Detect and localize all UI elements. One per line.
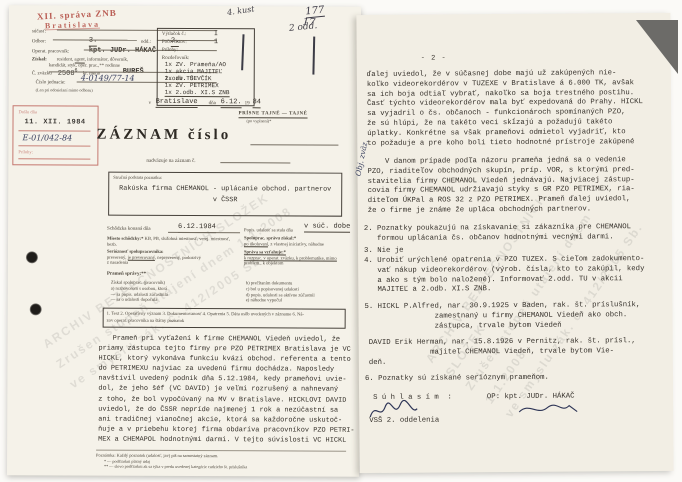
zvazok-value: 25086 bbox=[58, 66, 78, 78]
fraction-numerator: 177 bbox=[305, 5, 325, 19]
title-rule bbox=[250, 144, 338, 145]
operative-label: Operat. pracovník: bbox=[32, 49, 70, 55]
sheet-count-value: 1 bbox=[214, 38, 218, 47]
handwritten-page-fraction: 177 17 bbox=[304, 5, 325, 29]
footnote-line3: ** — slovo podčiarkni ak sa týka v predu… bbox=[104, 464, 247, 471]
ziskal-option: resident, bbox=[57, 57, 75, 62]
source-label: Prameň správy:** bbox=[107, 272, 146, 278]
incoming-stamp-box: Došlo dňa 11. XII. 1984 E-01/042-84 Príl… bbox=[12, 105, 98, 165]
page-subtitle: nadväzuje na záznam č. bbox=[146, 158, 195, 164]
incoming-stamp-number: E-01/042-84 bbox=[22, 133, 72, 142]
handwritten-top-note: 4. kust bbox=[227, 4, 255, 17]
date-value: 6.12. bbox=[221, 98, 242, 108]
report-obtained-selected: po úkolovaní bbox=[244, 241, 268, 247]
classification-note: (po vyplnení)* bbox=[247, 118, 272, 124]
page2-person-david: DAVID Erik Herman, nar. 15.8.1926 v Pern… bbox=[369, 337, 667, 368]
incoming-stamp-date: 11. XII. 1984 bbox=[24, 118, 85, 127]
ziskal-label: Získal: bbox=[32, 57, 47, 63]
odd-label: odd.: bbox=[141, 40, 151, 46]
page2-paragraph-2: V danom prípade podľa názoru prameňa jed… bbox=[367, 156, 665, 217]
signature-squiggle bbox=[367, 400, 419, 422]
summary-box: Stručná podstata poznatku: Rakúska firma… bbox=[108, 172, 342, 217]
date-label: dňa bbox=[209, 101, 216, 107]
distribution-item: 1x 2.odb. XI.S ZNB bbox=[165, 89, 230, 97]
meeting-date-label: Schôdzka konaná dňa bbox=[107, 227, 151, 233]
report-obtained-block: Spoluprac. správu získal:*po úkolovaní, … bbox=[244, 235, 356, 247]
attachments-label: Prílohy: bbox=[162, 48, 178, 54]
reliability-label: Serióznosť spolupracovníka: bbox=[107, 249, 164, 254]
copy-number-label: Výtlačok č.: bbox=[162, 32, 186, 38]
page2-paragraph-1: ďalej uviedol, že v súčasnej dobe majú u… bbox=[367, 69, 666, 149]
odbor-label: Odbor: bbox=[32, 39, 46, 45]
meeting-place-block: Miesto schôdzky:* KB, PB, služobná miest… bbox=[107, 236, 239, 248]
subtitle-rule bbox=[220, 162, 290, 163]
signature-squiggle bbox=[517, 400, 581, 418]
event-date-value: v súč. dobe bbox=[304, 223, 350, 233]
event-date-label: Popis. udalosť sa stala dňa bbox=[244, 227, 293, 233]
punch-hole bbox=[26, 251, 38, 263]
stamp-rule bbox=[18, 158, 90, 159]
page-title: ZÁZNAM číslo bbox=[96, 132, 231, 139]
distribution-box: Výtlačok č.: I Počet listov: 1 Prílohy: … bbox=[157, 28, 255, 106]
report-relates-option: problem., k objektom bbox=[244, 260, 284, 265]
report-body: Prameň pri vyťažení k firme CHEMANOL Vie… bbox=[98, 334, 356, 446]
page2-item-6: 6. Poznatky sú získané serióznym prameňo… bbox=[365, 373, 667, 385]
report-obtained-label: Spoluprac. správu získal:* bbox=[244, 235, 296, 240]
page-1: ARCHIV BEZPEČNOSTNÍCH SLOŽEK Zrušen stup… bbox=[7, 5, 361, 477]
field-rule bbox=[168, 232, 240, 233]
ziskal-option: , informátor, dôverník, bbox=[85, 58, 128, 63]
field-rule bbox=[53, 39, 137, 40]
year-value: 84 bbox=[253, 98, 261, 108]
incoming-stamp-label: Došlo dňa bbox=[19, 109, 37, 115]
sheet-count-label: Počet listov: bbox=[162, 40, 187, 46]
page-2: ARCHIV BEZPEČNOSTNÍCH SLOŽEK Zrušen stup… bbox=[356, 13, 673, 473]
incoming-stamp-attachments: Prílohy: bbox=[18, 149, 33, 155]
place-value: Bratislave bbox=[156, 98, 198, 108]
report-relates-block: Správa sa vzťahuje:*k rozprac. v operat.… bbox=[244, 249, 356, 266]
scan-background: ARCHIV BEZPEČNOSTNÍCH SLOŽEK Zrušen stup… bbox=[0, 0, 682, 482]
stamp-rule bbox=[18, 130, 90, 131]
zvazok-sup: 6 bbox=[75, 68, 78, 74]
punch-hole bbox=[30, 303, 42, 315]
legend-line1: 1. Text 2. Operatívny význam 3. Dokument… bbox=[107, 311, 304, 318]
legend-box: 1. Text 2. Operatívny význam 3. Dokument… bbox=[103, 308, 346, 329]
summary-label: Stručná podstata poznatku: bbox=[113, 175, 162, 181]
page2-item-2: 2. Poznatky poukazujú na získavanie si z… bbox=[364, 223, 666, 245]
sucast-label: súčasť: bbox=[32, 29, 46, 35]
stamp-rule bbox=[18, 145, 90, 146]
reliability-option: , nepreverený, podozrivý bbox=[155, 254, 201, 259]
unit-stamp-line1: XII. správa ZNB bbox=[37, 10, 117, 20]
summary-line1: Rakúska firma CHEMANOL - uplácanie obcho… bbox=[113, 185, 337, 195]
legend-line2: zov operat. pracovníka na štátny poznato… bbox=[107, 318, 185, 324]
source-options-left: Získal spoluprac. (pracovník) a) rozhovo… bbox=[111, 280, 241, 304]
summary-line2: v ČSSR bbox=[113, 196, 337, 206]
reliability-selected: je preverovaný bbox=[128, 254, 155, 260]
year-pre: 19 bbox=[245, 101, 250, 107]
source-options-right: b) prečítaním dokumentu c) bol u popisov… bbox=[246, 280, 356, 304]
odbor-value: 3. bbox=[89, 37, 97, 47]
file-number-label: Číslo jednacie: bbox=[36, 80, 66, 86]
page2-item-5: 5. HICKL P.Alfred, nar. 30.9.1925 v Bade… bbox=[364, 301, 666, 332]
page2-item-4: 4. Urobiť urýchlené opatrenia v PZO TUZE… bbox=[364, 255, 666, 296]
reliability-block: Serióznosť spolupracovníka:preverený, je… bbox=[107, 249, 239, 266]
report-obtained-options: , z vlastnej iniciatívy, náhodne bbox=[268, 241, 324, 246]
place-pre: v bbox=[149, 101, 152, 107]
footnote-rule bbox=[96, 450, 346, 452]
reliability-option: preverený, bbox=[107, 254, 128, 259]
pen-stroke bbox=[312, 37, 314, 75]
fraction-denominator: 17 bbox=[302, 17, 324, 30]
reliability-option: z nasadenia bbox=[107, 260, 128, 265]
page-number: - 2 - bbox=[421, 54, 447, 63]
meeting-place-label: Miesto schôdzky:* bbox=[107, 236, 143, 241]
file-number-note: (Len pri odosielaní mimo odboru) bbox=[36, 87, 93, 93]
operative-value: kpt. JUDr. HÁKAČ bbox=[89, 47, 156, 56]
